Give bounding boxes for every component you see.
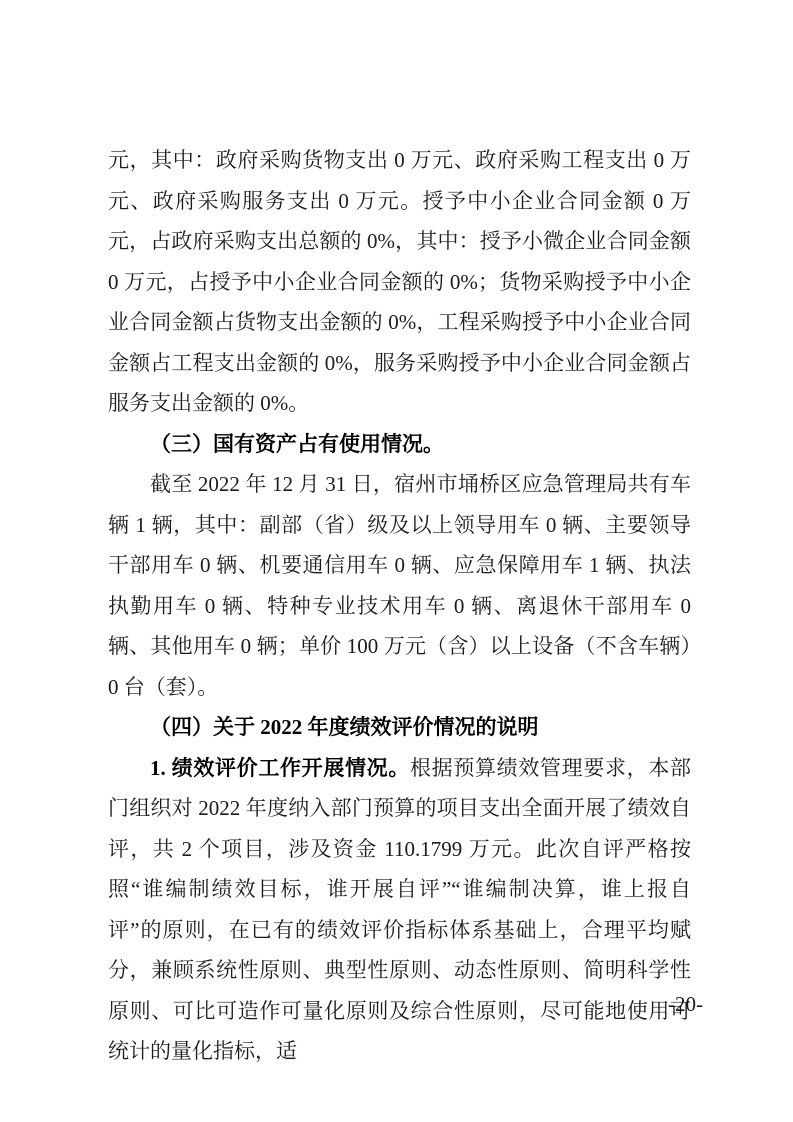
paragraph-government-procurement: 元，其中：政府采购货物支出 0 万元、政府采购工程支出 0 万元、政府采购服务支… xyxy=(108,140,691,424)
paragraph-performance-evaluation: 1. 绩效评价工作开展情况。根据预算绩效管理要求，本部门组织对 2022 年度纳… xyxy=(108,748,691,1072)
page-number: -20- xyxy=(668,991,703,1017)
paragraph-performance-body: 根据预算绩效管理要求，本部门组织对 2022 年度纳入部门预算的项目支出全面开展… xyxy=(108,756,691,1064)
document-page: 元，其中：政府采购货物支出 0 万元、政府采购工程支出 0 万元、政府采购服务支… xyxy=(0,0,793,1122)
heading-performance-evaluation: （四）关于 2022 年度绩效评价情况的说明 xyxy=(108,707,691,748)
paragraph-assets-usage: 截至 2022 年 12 月 31 日，宿州市埇桥区应急管理局共有车辆 1 辆，… xyxy=(108,464,691,707)
heading-state-owned-assets: （三）国有资产占有使用情况。 xyxy=(108,424,691,465)
document-body: 元，其中：政府采购货物支出 0 万元、政府采购工程支出 0 万元、政府采购服务支… xyxy=(108,140,691,1072)
paragraph-performance-lead: 1. 绩效评价工作开展情况。 xyxy=(150,756,410,780)
